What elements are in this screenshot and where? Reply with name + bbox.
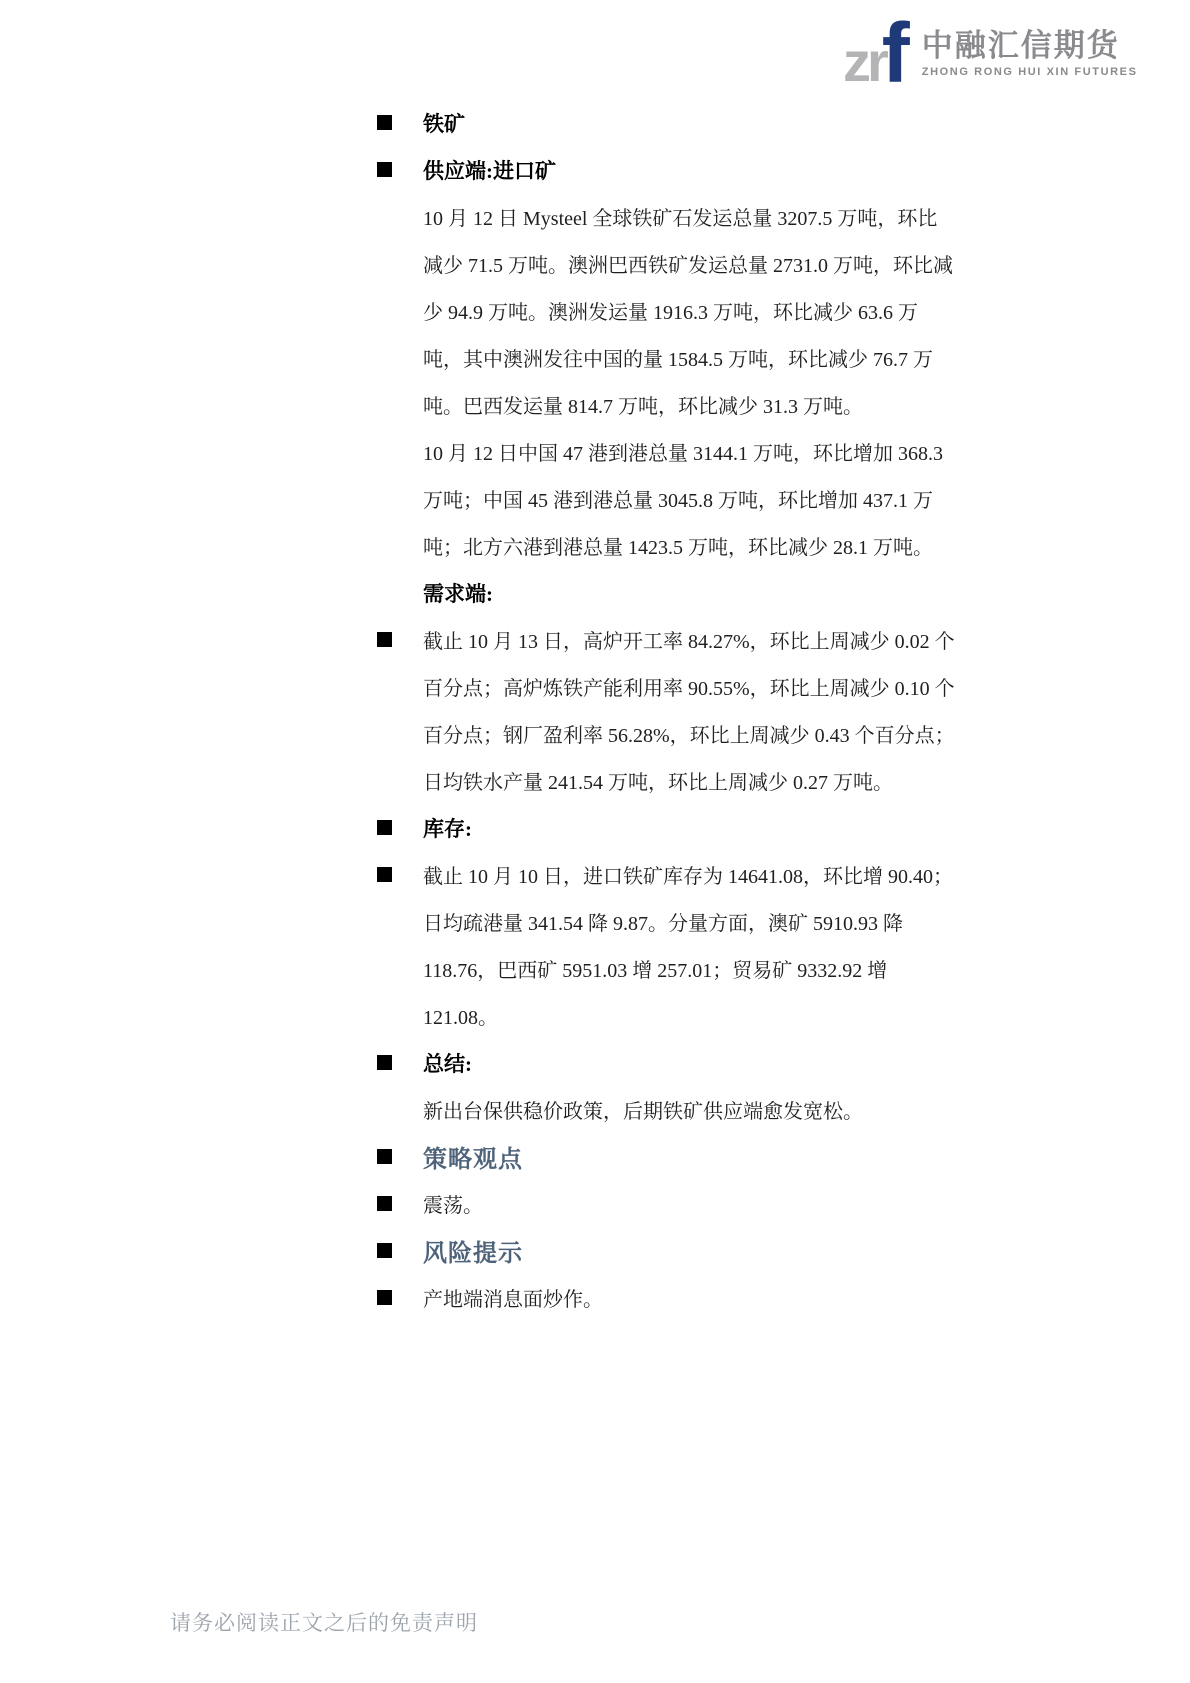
demand-line: 日均铁水产量 241.54 万吨，环比上周减少 0.27 万吨。 [377,757,957,804]
bullet-square-icon [377,867,392,882]
bullet-square-icon [377,115,392,130]
section-heading-supply: 供应端:进口矿 [377,146,957,193]
section-heading-risk-warning: 风险提示 [377,1227,957,1274]
supply-line: 少 94.9 万吨。澳洲发运量 1916.3 万吨，环比减少 63.6 万 [377,287,957,334]
supply-line: 吨。巴西发运量 814.7 万吨，环比减少 31.3 万吨。 [377,381,957,428]
row-gutter [377,867,423,882]
row-text: 新出台保供稳价政策，后期铁矿供应端愈发宽松。 [423,1095,863,1124]
row-gutter [377,1149,423,1164]
arrivals-line: 吨；北方六港到港总量 1423.5 万吨，环比减少 28.1 万吨。 [377,522,957,569]
section-heading-summary: 总结: [377,1039,957,1086]
row-text: 吨；北方六港到港总量 1423.5 万吨，环比减少 28.1 万吨。 [423,531,933,560]
inventory-line: 121.08。 [377,992,957,1039]
row-text: 减少 71.5 万吨。澳洲巴西铁矿发运总量 2731.0 万吨，环比减 [423,249,953,278]
row-text: 少 94.9 万吨。澳洲发运量 1916.3 万吨，环比减少 63.6 万 [423,296,918,325]
row-text: 库存: [423,813,472,843]
section-heading-strategy-view: 策略观点 [377,1133,957,1180]
strategy-line: 震荡。 [377,1180,957,1227]
supply-line: 减少 71.5 万吨。澳洲巴西铁矿发运总量 2731.0 万吨，环比减 [377,240,957,287]
report-page: { "logo": { "zr": "zr", "f": "f", "compa… [0,0,1190,1683]
row-text: 百分点；高炉炼铁产能利用率 90.55%，环比上周减少 0.10 个 [423,672,955,701]
bullet-square-icon [377,1055,392,1070]
footer-disclaimer: 请务必阅读正文之后的免责声明 [170,1607,478,1637]
row-gutter [377,632,423,647]
bullet-square-icon [377,1196,392,1211]
row-text: 需求端: [423,578,493,608]
company-logo: zr f 中融汇信期货 ZHONG RONG HUI XIN FUTURES [843,16,1138,92]
inventory-line: 截止 10 月 10 日，进口铁矿库存为 14641.08，环比增 90.40； [377,851,957,898]
supply-line: 吨，其中澳洲发往中国的量 1584.5 万吨，环比减少 76.7 万 [377,334,957,381]
bullet-square-icon [377,820,392,835]
row-text: 总结: [423,1048,472,1078]
row-text: 风险提示 [423,1233,523,1268]
logo-company-name-cn: 中融汇信期货 [922,29,1138,63]
bullet-square-icon [377,1290,392,1305]
row-text: 震荡。 [423,1189,483,1218]
inventory-line: 日均疏港量 341.54 降 9.87。分量方面，澳矿 5910.93 降 [377,898,957,945]
row-text: 121.08。 [423,1001,498,1030]
logo-f-text: f [882,16,910,92]
inventory-line: 118.76，巴西矿 5951.03 增 257.01；贸易矿 9332.92 … [377,945,957,992]
row-text: 截止 10 月 10 日，进口铁矿库存为 14641.08，环比增 90.40； [423,860,953,889]
section-heading-demand: 需求端: [377,569,957,616]
logo-text-column: 中融汇信期货 ZHONG RONG HUI XIN FUTURES [922,29,1138,78]
row-text: 铁矿 [423,108,465,138]
row-gutter [377,820,423,835]
report-content: 铁矿 供应端:进口矿 10 月 12 日 Mysteel 全球铁矿石发运总量 3… [377,99,957,1321]
summary-line: 新出台保供稳价政策，后期铁矿供应端愈发宽松。 [377,1086,957,1133]
logo-company-name-en: ZHONG RONG HUI XIN FUTURES [922,66,1138,78]
row-text: 118.76，巴西矿 5951.03 增 257.01；贸易矿 9332.92 … [423,954,887,983]
arrivals-line: 10 月 12 日中国 47 港到港总量 3144.1 万吨，环比增加 368.… [377,428,957,475]
row-text: 吨。巴西发运量 814.7 万吨，环比减少 31.3 万吨。 [423,390,863,419]
section-heading-iron-ore: 铁矿 [377,99,957,146]
bullet-square-icon [377,162,392,177]
demand-line: 截止 10 月 13 日，高炉开工率 84.27%，环比上周减少 0.02 个 [377,616,957,663]
row-gutter [377,1290,423,1305]
row-text: 日均疏港量 341.54 降 9.87。分量方面，澳矿 5910.93 降 [423,907,903,936]
row-text: 吨，其中澳洲发往中国的量 1584.5 万吨，环比减少 76.7 万 [423,343,933,372]
bullet-square-icon [377,632,392,647]
row-text: 截止 10 月 13 日，高炉开工率 84.27%，环比上周减少 0.02 个 [423,625,955,654]
bullet-square-icon [377,1243,392,1258]
demand-line: 百分点；钢厂盈利率 56.28%，环比上周减少 0.43 个百分点； [377,710,957,757]
arrivals-line: 万吨；中国 45 港到港总量 3045.8 万吨，环比增加 437.1 万 [377,475,957,522]
row-gutter [377,115,423,130]
demand-line: 百分点；高炉炼铁产能利用率 90.55%，环比上周减少 0.10 个 [377,663,957,710]
row-text: 10 月 12 日中国 47 港到港总量 3144.1 万吨，环比增加 368.… [423,437,943,466]
section-heading-inventory: 库存: [377,804,957,851]
row-text: 供应端:进口矿 [423,155,556,185]
bullet-square-icon [377,1149,392,1164]
row-text: 百分点；钢厂盈利率 56.28%，环比上周减少 0.43 个百分点； [423,719,955,748]
row-gutter [377,162,423,177]
row-text: 10 月 12 日 Mysteel 全球铁矿石发运总量 3207.5 万吨，环比 [423,202,937,231]
risk-line: 产地端消息面炒作。 [377,1274,957,1321]
row-gutter [377,1055,423,1070]
row-gutter [377,1243,423,1258]
row-text: 产地端消息面炒作。 [423,1283,603,1312]
row-gutter [377,1196,423,1211]
row-text: 策略观点 [423,1139,523,1174]
row-text: 万吨；中国 45 港到港总量 3045.8 万吨，环比增加 437.1 万 [423,484,933,513]
row-text: 日均铁水产量 241.54 万吨，环比上周减少 0.27 万吨。 [423,766,893,795]
supply-line: 10 月 12 日 Mysteel 全球铁矿石发运总量 3207.5 万吨，环比 [377,193,957,240]
logo-zr-text: zr [843,34,885,90]
